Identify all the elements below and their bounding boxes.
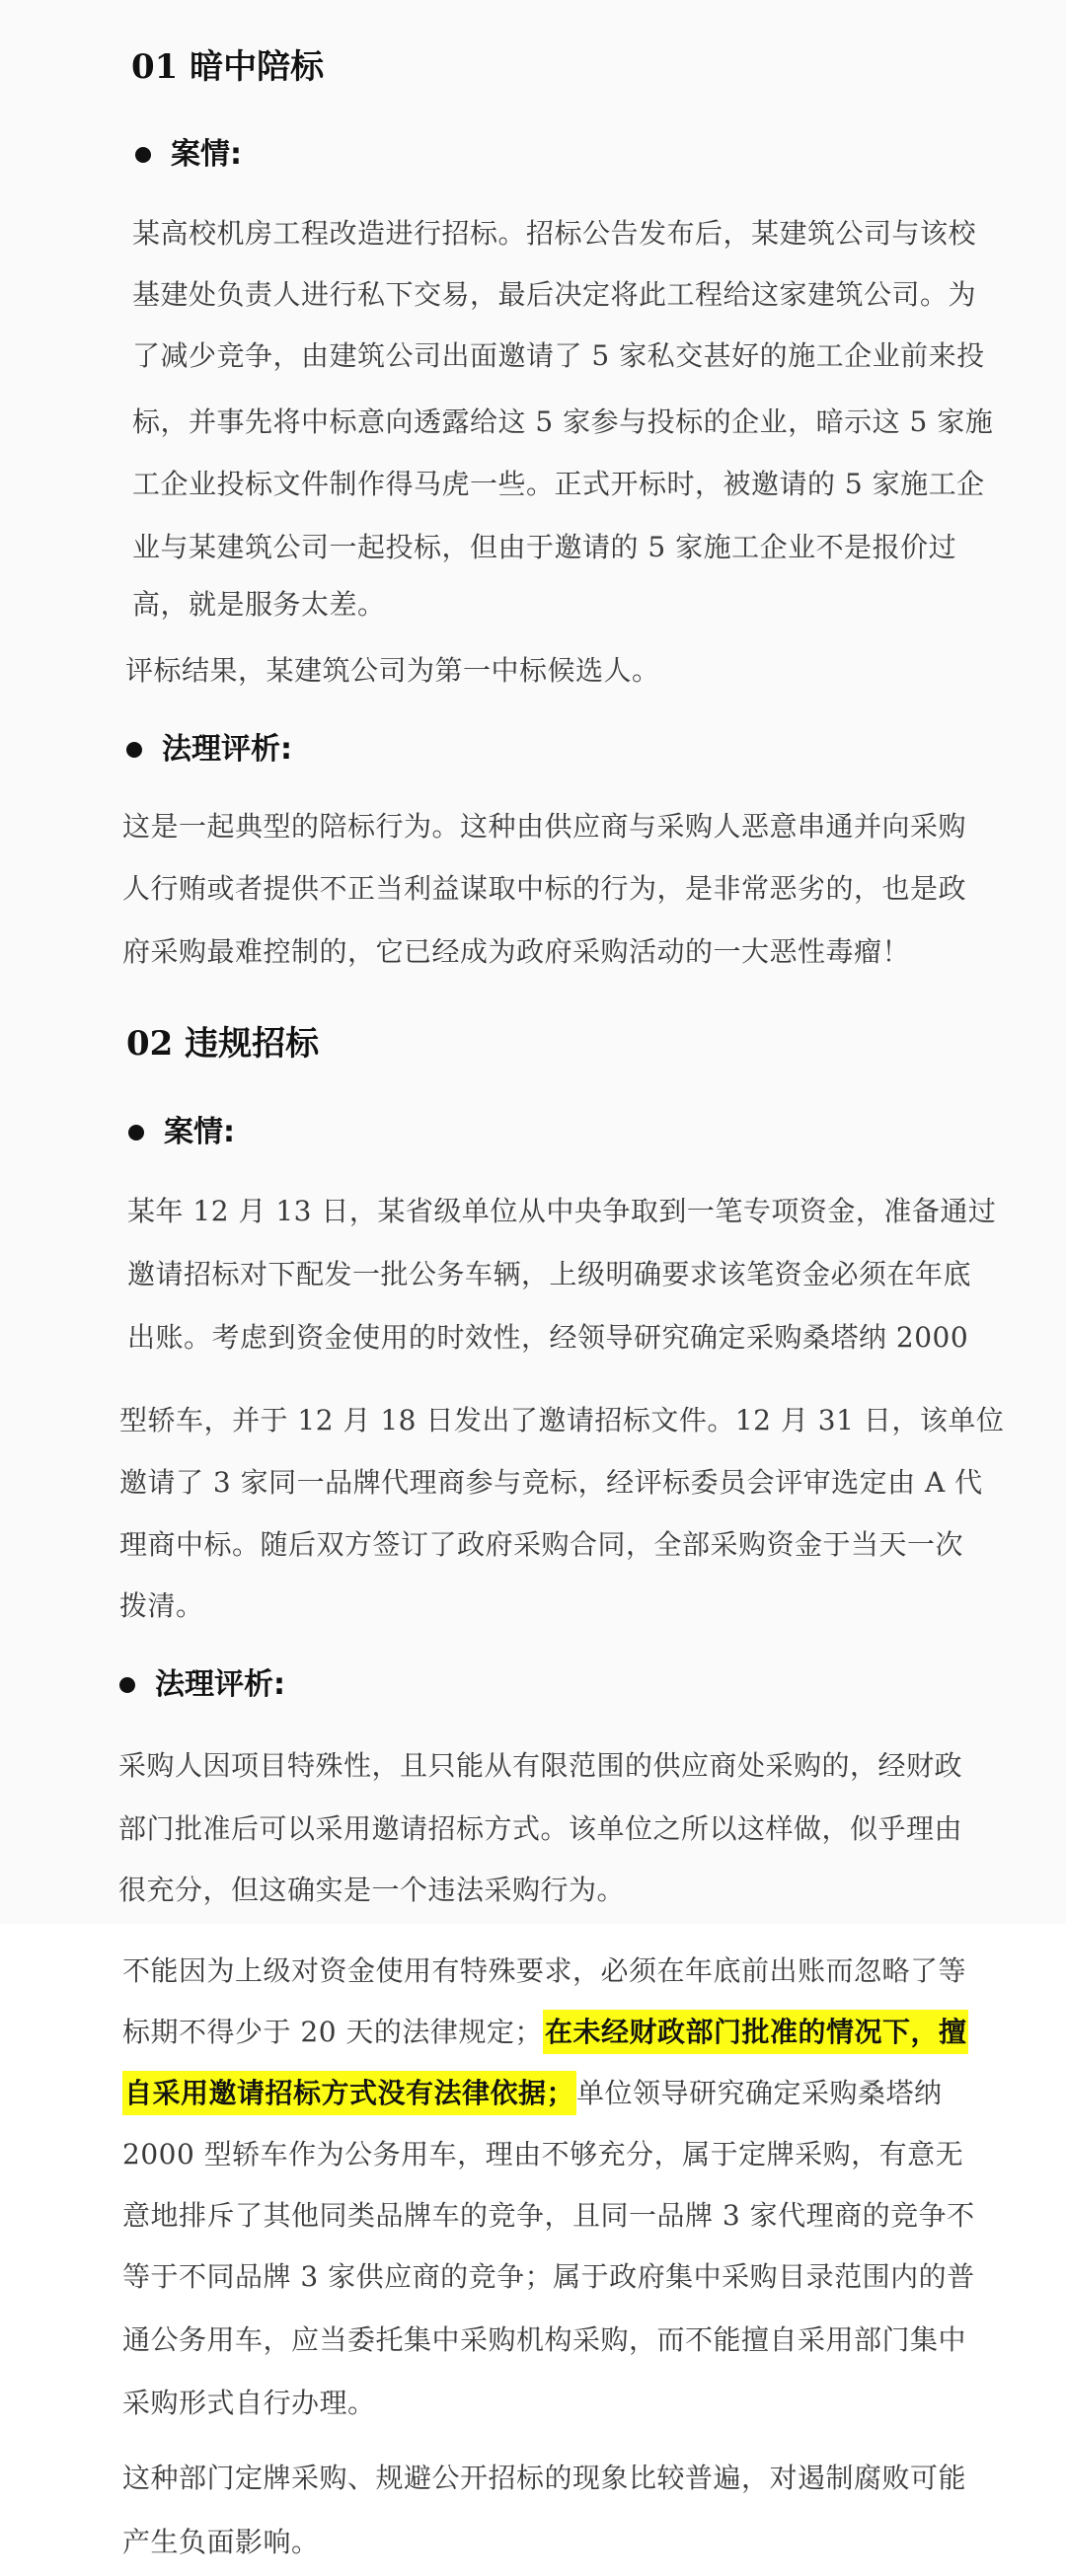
paragraph-line: 采购形式自行办理。 <box>122 2384 376 2423</box>
paragraph-line: 不能因为上级对资金使用有特殊要求，必须在年底前出账而忽略了等 <box>122 1951 966 1991</box>
paragraph-line: 很充分，但这确实是一个违法采购行为。 <box>118 1871 625 1910</box>
paragraph-line: 这是一起典型的陪标行为。这种由供应商与采购人恶意串通并向采购 <box>122 807 966 846</box>
highlighted-text: 自采用邀请招标方式没有法律依据； <box>122 2071 576 2115</box>
paragraph-line: 部门批准后可以采用邀请招标方式。该单位之所以这样做，似乎理由 <box>118 1809 962 1849</box>
section-title-text: 违规招标 <box>185 1024 319 1064</box>
case-label: 案情: <box>171 135 242 175</box>
bullet-icon <box>119 1677 135 1693</box>
plain-text: 单位领导研究确定采购桑塔纳 <box>576 2077 943 2109</box>
paragraph-line: 型轿车，并于 12 月 18 日发出了邀请招标文件。12 月 31 日，该单位 <box>119 1401 1004 1440</box>
paragraph-line: 邀请了 3 家同一品牌代理商参与竞标，经评标委员会评审选定由 A 代 <box>119 1463 983 1503</box>
paragraph-line: 通公务用车，应当委托集中采购机构采购，而不能擅自采用部门集中 <box>122 2320 966 2360</box>
paragraph-line: 2000 型轿车作为公务用车，理由不够充分，属于定牌采购，有意无 <box>122 2135 963 2174</box>
paragraph-line: 府采购最难控制的，它已经成为政府采购活动的一大恶性毒瘤！ <box>122 932 910 972</box>
case-label: 案情: <box>164 1113 235 1152</box>
paragraph-line: 标，并事先将中标意向透露给这 5 家参与投标的企业，暗示这 5 家施 <box>132 403 993 442</box>
paragraph-line: 出账。考虑到资金使用的时效性，经领导研究确定采购桑塔纳 2000 <box>127 1318 968 1358</box>
section-title-text: 暗中陪标 <box>190 47 324 87</box>
case-result: 评标结果，某建筑公司为第一中标候选人。 <box>125 651 660 691</box>
case-heading-02: 案情: <box>128 1113 235 1152</box>
paragraph-line: 理商中标。随后双方签订了政府采购合同，全部采购资金于当天一次 <box>119 1525 963 1565</box>
paragraph-line: 业与某建筑公司一起投标，但由于邀请的 5 家施工企业不是报价过 <box>132 528 956 567</box>
paragraph-line: 这种部门定牌采购、规避公开招标的现象比较普遍，对遏制腐败可能 <box>122 2459 966 2498</box>
paragraph-line: 等于不同品牌 3 家供应商的竞争；属于政府集中采购目录范围内的普 <box>122 2257 975 2297</box>
section-title-02: 02 违规招标 <box>126 1022 319 1066</box>
paragraph-line: 产生负面影响。 <box>122 2523 320 2562</box>
paragraph-line: 拨清。 <box>119 1586 204 1626</box>
paragraph-line: 工企业投标文件制作得马虎一些。正式开标时，被邀请的 5 家施工企 <box>132 465 985 504</box>
bullet-icon <box>135 147 151 163</box>
analysis-heading-01: 法理评析: <box>126 730 292 770</box>
paragraph-line-mixed: 自采用邀请招标方式没有法律依据；单位领导研究确定采购桑塔纳 <box>122 2074 943 2113</box>
paragraph-line: 某年 12 月 13 日，某省级单位从中央争取到一笔专项资金，准备通过 <box>127 1192 996 1231</box>
paragraph-line: 了减少竞争，由建筑公司出面邀请了 5 家私交甚好的施工企业前来投 <box>132 336 985 376</box>
paragraph-line: 采购人因项目特殊性，且只能从有限范围的供应商处采购的，经财政 <box>118 1746 962 1786</box>
section-number: 02 <box>126 1024 173 1064</box>
section-number: 01 <box>131 47 178 87</box>
paragraph-line: 基建处负责人进行私下交易，最后决定将此工程给这家建筑公司。为 <box>132 275 976 315</box>
bullet-icon <box>128 1125 144 1141</box>
section-title-01: 01 暗中陪标 <box>131 45 324 89</box>
bullet-icon <box>126 742 142 758</box>
analysis-label: 法理评析: <box>162 730 292 770</box>
paragraph-line: 高，就是服务太差。 <box>132 585 386 625</box>
highlighted-text: 在未经财政部门批准的情况下，擅 <box>543 2010 969 2054</box>
case-heading-01: 案情: <box>135 135 242 175</box>
paragraph-line: 某高校机房工程改造进行招标。招标公告发布后，某建筑公司与该校 <box>132 214 976 254</box>
paragraph-line: 邀请招标对下配发一批公务车辆，上级明确要求该笔资金必须在年底 <box>127 1255 971 1294</box>
paragraph-line: 意地排斥了其他同类品牌车的竞争，且同一品牌 3 家代理商的竞争不 <box>122 2196 975 2236</box>
analysis-heading-02: 法理评析: <box>119 1665 285 1705</box>
paragraph-line-mixed: 标期不得少于 20 天的法律规定；在未经财政部门批准的情况下，擅 <box>122 2013 968 2052</box>
paragraph-line: 人行贿或者提供不正当利益谋取中标的行为，是非常恶劣的，也是政 <box>122 869 966 909</box>
analysis-label: 法理评析: <box>155 1665 285 1705</box>
plain-text: 标期不得少于 20 天的法律规定； <box>122 2016 543 2048</box>
